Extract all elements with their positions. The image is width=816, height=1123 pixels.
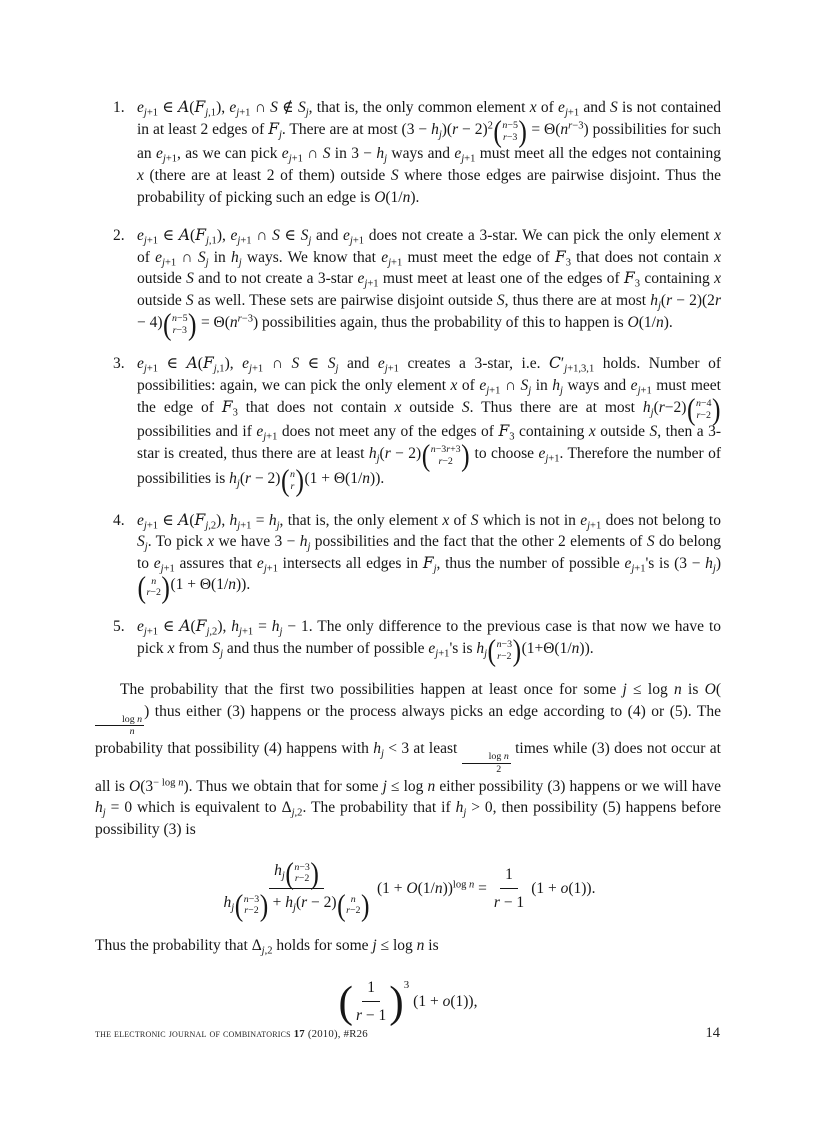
display-equation-final-probability: ( 1 r − 1 ) 3 (1 + o(1)),: [95, 977, 721, 1027]
display-equation-probability-ratio: hj(n−3r−2) hj(n−3r−2) + hj(r − 2)(nr−2) …: [95, 860, 721, 917]
list-item-text: ej+1 ∈ A(Fj,1), ej+1 ∩ S ∉ Sj, that is, …: [137, 97, 721, 208]
fraction-denominator: hj(n−3r−2) + hj(r − 2)(nr−2): [224, 889, 370, 917]
equation-middle-term: (1 + O(1/n))log n =: [377, 878, 487, 900]
journal-citation: the electronic journal of combinatorics …: [95, 1028, 368, 1040]
list-item: 2. ej+1 ∈ A(Fj,1), ej+1 ∩ S ∈ Sj and ej+…: [95, 225, 721, 336]
list-item-text: ej+1 ∈ A(Fj,2), hj+1 = hj − 1. The only …: [137, 616, 721, 662]
list-item: 4. ej+1 ∈ A(Fj,2), hj+1 = hj, that is, t…: [95, 510, 721, 600]
page-content: 1. ej+1 ∈ A(Fj,1), ej+1 ∩ S ∉ Sj, that i…: [95, 97, 721, 1045]
page-footer: the electronic journal of combinatorics …: [95, 1025, 720, 1042]
fraction-numerator: hj(n−3r−2): [269, 860, 324, 889]
list-item-text: ej+1 ∈ A(Fj,2), hj+1 = hj, that is, the …: [137, 510, 721, 600]
body-paragraph: Thus the probability that Δj,2 holds for…: [95, 935, 721, 957]
fraction-numerator: 1: [500, 864, 518, 890]
journal-volume: 17: [294, 1028, 305, 1040]
list-item: 3. ej+1 ∈ A(Fj,1), ej+1 ∩ S ∈ Sj and ej+…: [95, 353, 721, 492]
list-item-number: 4.: [95, 510, 137, 600]
journal-issue: (2010), #R26: [308, 1028, 368, 1040]
paper-page: 1. ej+1 ∈ A(Fj,1), ej+1 ∩ S ∉ Sj, that i…: [0, 0, 816, 1123]
equation-trailing-term: (1 + o(1)),: [413, 991, 477, 1013]
list-item: 1. ej+1 ∈ A(Fj,1), ej+1 ∩ S ∉ Sj, that i…: [95, 97, 721, 208]
fraction: 1 r − 1: [356, 977, 386, 1027]
equation-trailing-term: (1 + o(1)).: [531, 878, 595, 900]
page-number: 14: [706, 1025, 721, 1042]
list-item-number: 5.: [95, 616, 137, 662]
list-item-number: 1.: [95, 97, 137, 208]
fraction-denominator: r − 1: [356, 1002, 386, 1027]
list-item-text: ej+1 ∈ A(Fj,1), ej+1 ∩ S ∈ Sj and ej+1 d…: [137, 225, 721, 336]
body-paragraph: The probability that the first two possi…: [95, 679, 721, 840]
fraction-denominator: r − 1: [494, 889, 524, 914]
fraction-lhs: hj(n−3r−2) hj(n−3r−2) + hj(r − 2)(nr−2): [224, 860, 370, 917]
fraction-rhs: 1 r − 1: [494, 864, 524, 914]
journal-name: the electronic journal of combinatorics: [95, 1028, 291, 1040]
fraction-numerator: 1: [362, 977, 380, 1003]
list-item-number: 2.: [95, 225, 137, 336]
list-item-text: ej+1 ∈ A(Fj,1), ej+1 ∩ S ∈ Sj and ej+1 c…: [137, 353, 721, 492]
list-item-number: 3.: [95, 353, 137, 492]
list-item: 5. ej+1 ∈ A(Fj,2), hj+1 = hj − 1. The on…: [95, 616, 721, 662]
